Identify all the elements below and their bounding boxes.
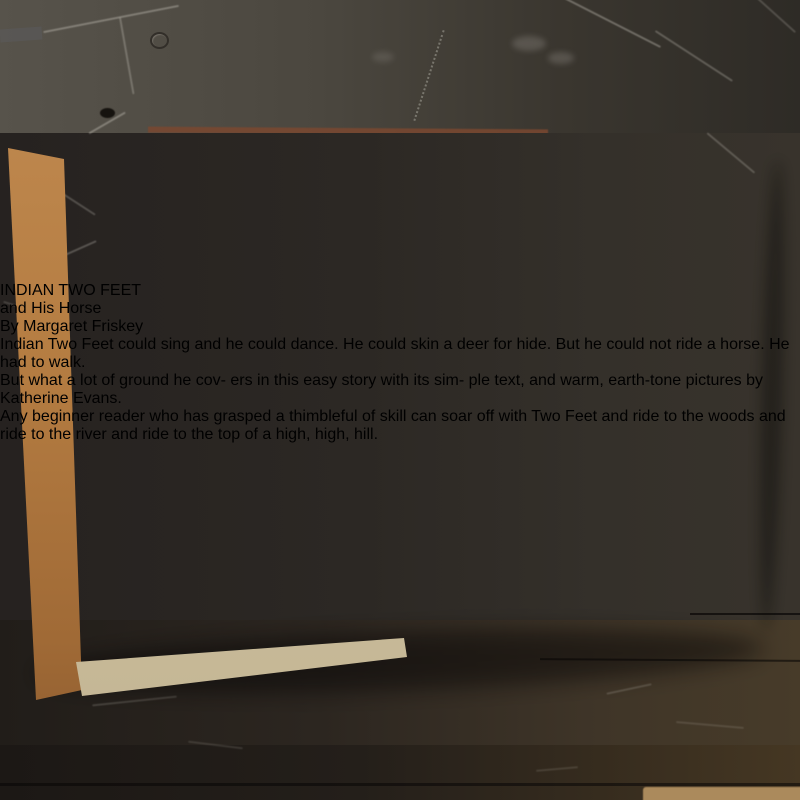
hand-holding-book <box>0 344 800 356</box>
corner-page-edges <box>0 0 800 800</box>
photo-of-open-book: INDIAN TWO FEET and His Horse By Margare… <box>0 0 800 800</box>
